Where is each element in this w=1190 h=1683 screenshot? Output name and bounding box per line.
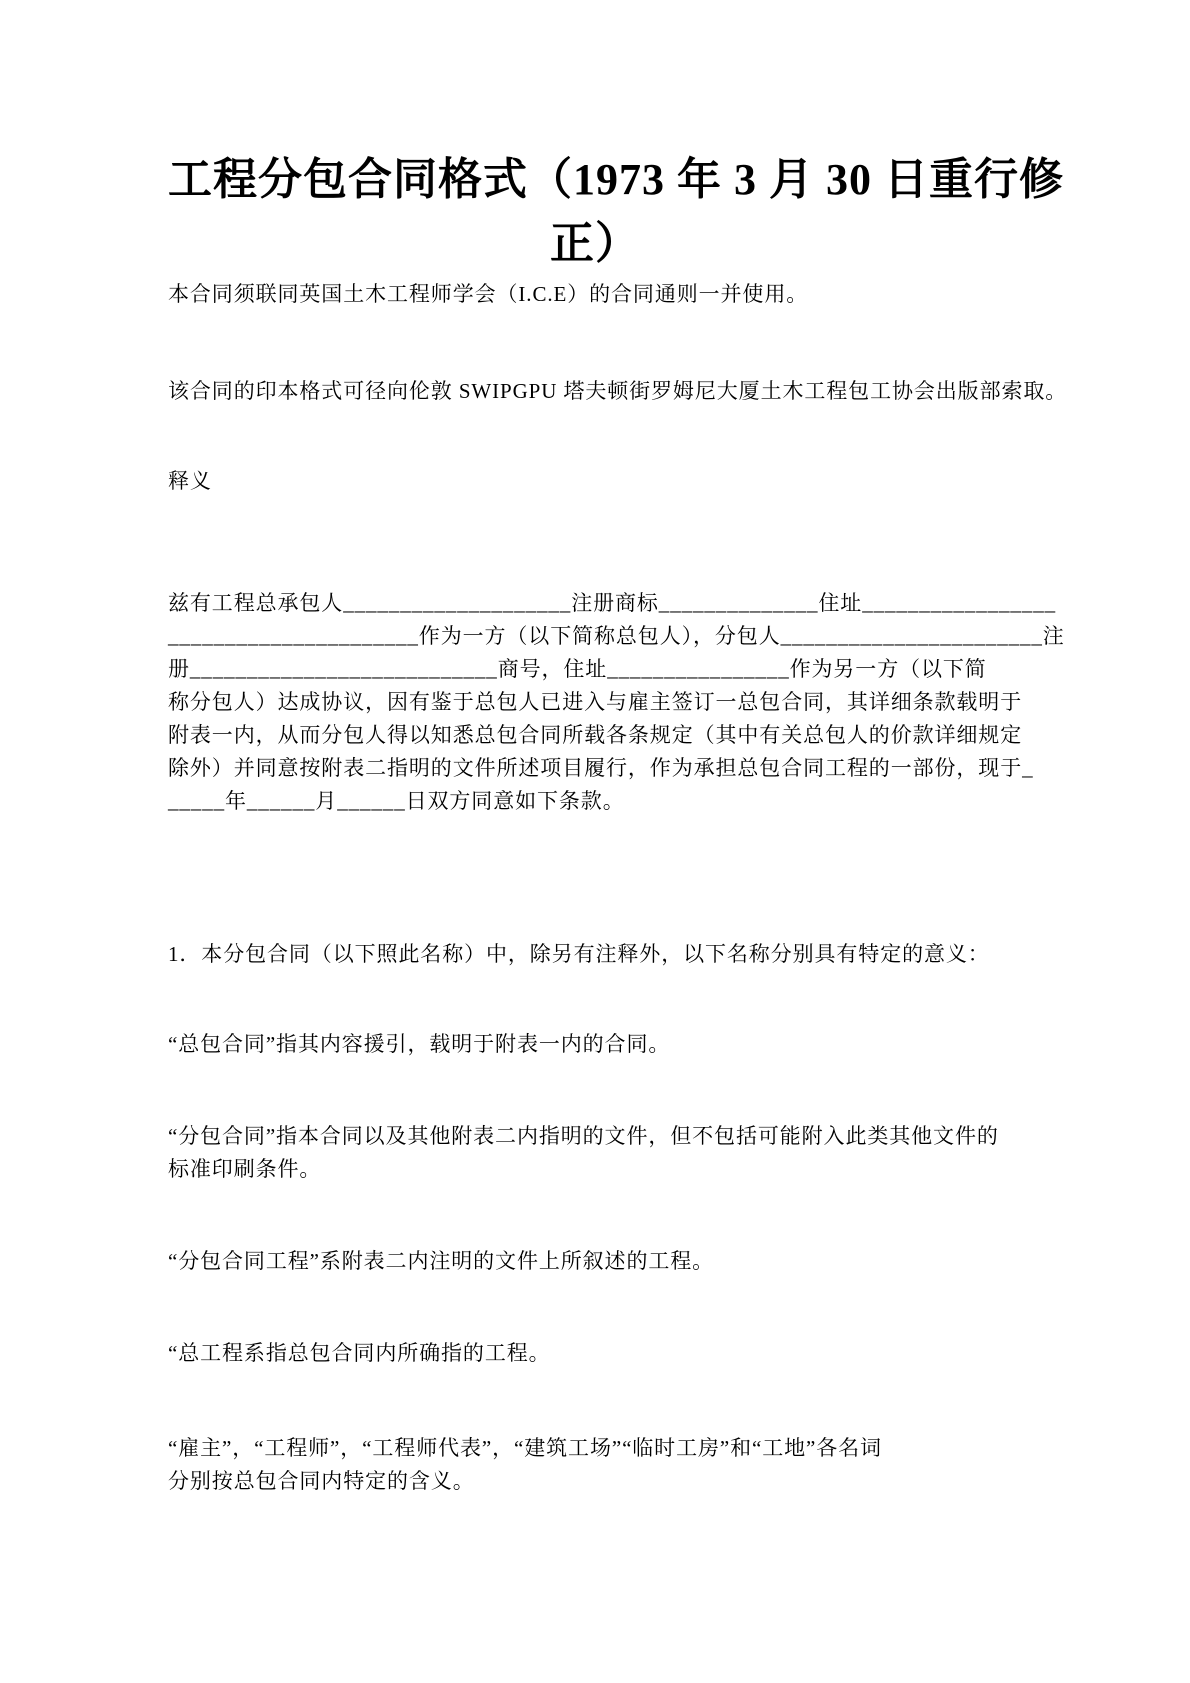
- text-line: “分包合同”指本合同以及其他附表二内指明的文件，但不包括可能附入此类其他文件的: [168, 1120, 1022, 1153]
- text-line: “总包合同”指其内容援引，载明于附表一内的合同。: [168, 1028, 1022, 1061]
- section-heading-definitions: 释义: [168, 465, 1022, 498]
- document-title: 工程分包合同格式（1973 年 3 月 30 日重行修 正）: [168, 148, 1022, 276]
- title-line: 工程分包合同格式（1973 年 3 月 30 日重行修: [168, 148, 1022, 212]
- text-line: 称分包人）达成协议，因有鉴于总包人已进入与雇主签订一总包合同，其详细条款载明于: [168, 686, 1022, 719]
- text-line: 1．本分包合同（以下照此名称）中，除另有注释外，以下名称分别具有特定的意义：: [168, 938, 1022, 971]
- text-line: “雇主”，“工程师”，“工程师代表”，“建筑工场”“临时工房”和“工地”各名词: [168, 1432, 1022, 1465]
- paragraph-definition-main-contract: “总包合同”指其内容援引，载明于附表一内的合同。: [168, 1028, 1022, 1061]
- text-line: 本合同须联同英国土木工程师学会（I.C.E）的合同通则一并使用。: [168, 278, 1022, 311]
- text-line: 该合同的印本格式可径向伦敦 SWIPGPU 塔夫顿街罗姆尼大厦土木工程包工协会出…: [168, 375, 1022, 408]
- text-line: 附表一内，从而分包人得以知悉总包合同所载各条规定（其中有关总包人的价款详细规定: [168, 719, 1022, 752]
- text-line: 标准印刷条件。: [168, 1153, 1022, 1186]
- paragraph-clause-1-intro: 1．本分包合同（以下照此名称）中，除另有注释外，以下名称分别具有特定的意义：: [168, 938, 1022, 971]
- document-page: 工程分包合同格式（1973 年 3 月 30 日重行修 正） 本合同须联同英国土…: [0, 0, 1190, 1683]
- text-line: 兹有工程总承包人____________________注册商标________…: [168, 587, 1022, 620]
- text-line: “总工程系指总包合同内所确指的工程。: [168, 1337, 1022, 1370]
- paragraph-parties-agreement: 兹有工程总承包人____________________注册商标________…: [168, 587, 1022, 818]
- paragraph-definition-terms: “雇主”，“工程师”，“工程师代表”，“建筑工场”“临时工房”和“工地”各名词 …: [168, 1432, 1022, 1498]
- paragraph-definition-subcontract: “分包合同”指本合同以及其他附表二内指明的文件，但不包括可能附入此类其他文件的 …: [168, 1120, 1022, 1186]
- text-line: “分包合同工程”系附表二内注明的文件上所叙述的工程。: [168, 1245, 1022, 1278]
- text-line: 释义: [168, 465, 1022, 498]
- paragraph-definition-main-works: “总工程系指总包合同内所确指的工程。: [168, 1337, 1022, 1370]
- text-line: ______________________作为一方（以下简称总包人），分包人_…: [168, 620, 1022, 653]
- text-line: 除外）并同意按附表二指明的文件所述项目履行，作为承担总包合同工程的一部份，现于_: [168, 752, 1022, 785]
- paragraph-print-source: 该合同的印本格式可径向伦敦 SWIPGPU 塔夫顿街罗姆尼大厦土木工程包工协会出…: [168, 375, 1022, 408]
- paragraph-usage-note: 本合同须联同英国土木工程师学会（I.C.E）的合同通则一并使用。: [168, 278, 1022, 311]
- paragraph-definition-subcontract-works: “分包合同工程”系附表二内注明的文件上所叙述的工程。: [168, 1245, 1022, 1278]
- text-line: 册___________________________商号，住址_______…: [168, 653, 1022, 686]
- text-line: _____年______月______日双方同意如下条款。: [168, 785, 1022, 818]
- text-line: 分别按总包合同内特定的含义。: [168, 1465, 1022, 1498]
- title-line: 正）: [168, 212, 1022, 276]
